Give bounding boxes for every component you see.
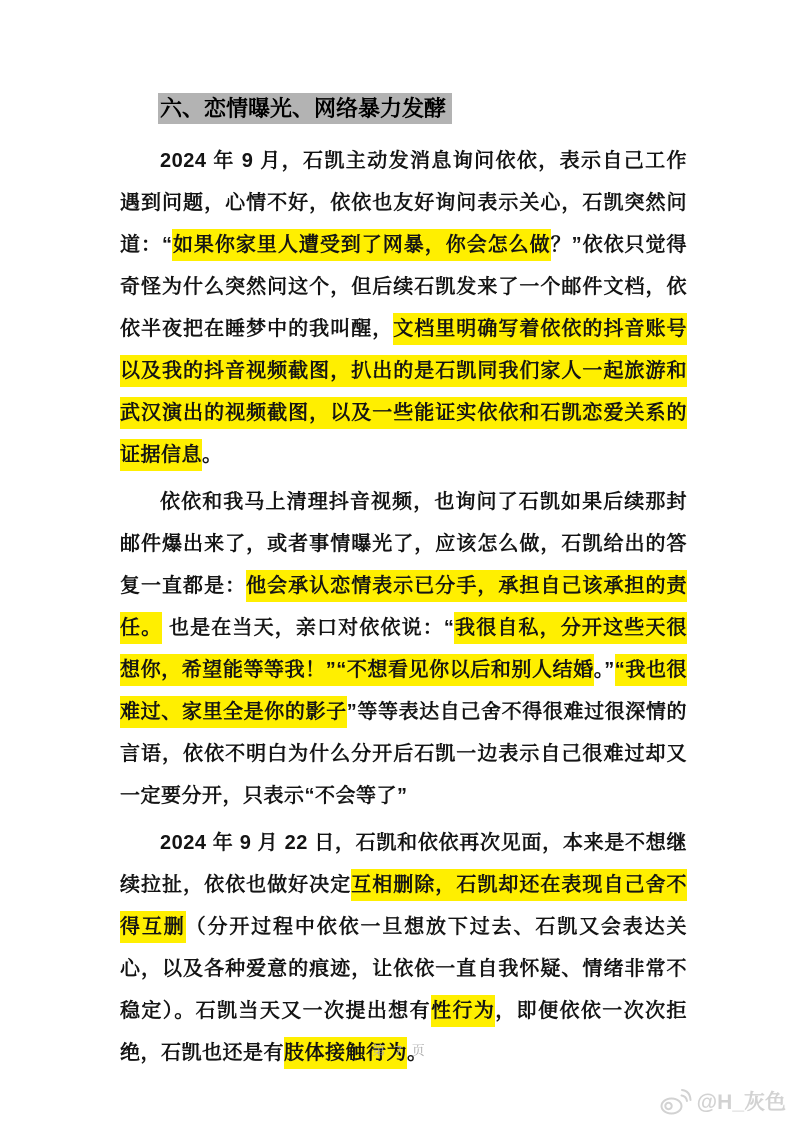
document-page: 六、恋情曝光、网络暴力发酵 2024 年 9 月，石凯主动发消息询问依依，表示自… (120, 94, 687, 1079)
highlight-run: 性行为 (431, 995, 495, 1027)
paragraph: 2024 年 9 月，石凯主动发消息询问依依，表示自己工作遇到问题，心情不好，依… (120, 140, 687, 476)
watermark-text: @H_灰色 (697, 1086, 786, 1116)
paragraph: 2024 年 9 月 22 日，石凯和依依再次见面，本来是不想继续拉扯，依依也做… (120, 822, 687, 1074)
page-number: 第 7 页 (372, 1043, 427, 1058)
watermark: @H_灰色 (660, 1086, 786, 1116)
highlight-run: 如果你家里人遭受到了网暴，你会怎么做 (172, 229, 550, 261)
text-run: 也是在当天，亲口对依依说：“ (162, 617, 454, 639)
section-heading-text: 六、恋情曝光、网络暴力发酵 (158, 93, 452, 124)
paragraph: 依依和我马上清理抖音视频，也询问了石凯如果后续那封邮件爆出来了，或者事情曝光了，… (120, 481, 687, 817)
page-footer: 第 7 页 (0, 1040, 800, 1059)
text-run: 。 (202, 444, 223, 466)
body-text: 2024 年 9 月，石凯主动发消息询问依依，表示自己工作遇到问题，心情不好，依… (120, 140, 687, 1074)
weibo-logo-icon (660, 1088, 692, 1115)
text-run: 。” (594, 659, 615, 681)
section-heading: 六、恋情曝光、网络暴力发酵 (120, 94, 687, 124)
